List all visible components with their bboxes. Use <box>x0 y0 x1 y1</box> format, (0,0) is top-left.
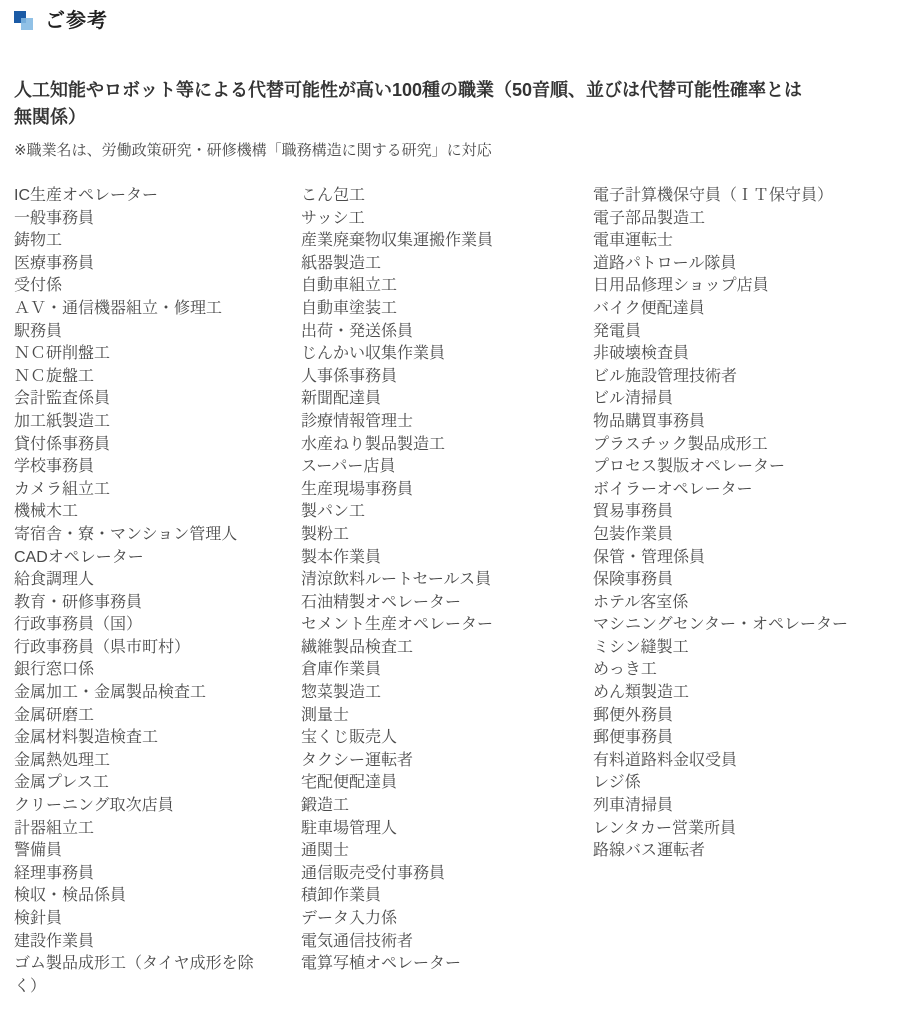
occupation-item: 診療情報管理士 <box>301 411 593 434</box>
occupation-item: CADオペレーター <box>14 547 267 570</box>
occupation-item: 保管・管理係員 <box>593 547 899 570</box>
occupation-item: 路線バス運転者 <box>593 840 899 863</box>
occupation-item: 検収・検品係員 <box>14 885 267 908</box>
occupation-item: 人事係事務員 <box>301 366 593 389</box>
occupation-item: 金属加工・金属製品検査工 <box>14 682 267 705</box>
occupation-item: プラスチック製品成形工 <box>593 434 899 457</box>
occupation-item: 行政事務員（国） <box>14 614 267 637</box>
occupation-item: 計器組立工 <box>14 818 267 841</box>
occupation-item: 郵便外務員 <box>593 705 899 728</box>
light-blue-square-icon <box>21 18 33 30</box>
occupation-item: バイク便配達員 <box>593 298 899 321</box>
occupation-item: 産業廃棄物収集運搬作業員 <box>301 230 593 253</box>
occupation-item: ホテル客室係 <box>593 592 899 615</box>
occupation-item: こん包工 <box>301 185 593 208</box>
occupation-item: 水産ねり製品製造工 <box>301 434 593 457</box>
occupation-item: 鋳物工 <box>14 230 267 253</box>
occupation-item: 非破壊検査員 <box>593 343 899 366</box>
occupation-item: 貿易事務員 <box>593 501 899 524</box>
document-note: ※職業名は、労働政策研究・研修機構「職務構造に関する研究」に対応 <box>14 141 892 161</box>
occupation-item: ＡＶ・通信機器組立・修理工 <box>14 298 267 321</box>
occupation-item: 警備員 <box>14 840 267 863</box>
occupation-item: 日用品修理ショップ店員 <box>593 275 899 298</box>
occupation-item: クリーニング取次店員 <box>14 795 267 818</box>
occupation-item: 発電員 <box>593 321 899 344</box>
occupation-item: ビル清掃員 <box>593 388 899 411</box>
occupation-item: 受付係 <box>14 275 267 298</box>
occupation-item: 金属プレス工 <box>14 772 267 795</box>
occupation-item: 一般事務員 <box>14 208 267 231</box>
occupation-item: 有料道路料金収受員 <box>593 750 899 773</box>
occupation-item: 給食調理人 <box>14 569 267 592</box>
occupation-item: スーパー店員 <box>301 456 593 479</box>
occupation-item: ＮＣ旋盤工 <box>14 366 267 389</box>
occupation-item: 電算写植オペレーター <box>301 953 593 976</box>
occupation-item: 建設作業員 <box>14 931 267 954</box>
occupation-item: 駐車場管理人 <box>301 818 593 841</box>
occupation-item: 自動車塗装工 <box>301 298 593 321</box>
occupation-item: 電車運転士 <box>593 230 899 253</box>
reference-page: ご参考 人工知能やロボット等による代替可能性が高い100種の職業（50音順、並び… <box>0 0 906 1024</box>
occupation-item: プロセス製版オペレーター <box>593 456 899 479</box>
occupation-item: ゴム製品成形工（タイヤ成形を除く） <box>14 953 267 998</box>
occupation-item: 通信販売受付事務員 <box>301 863 593 886</box>
occupation-item: 金属熱処理工 <box>14 750 267 773</box>
occupation-item: 経理事務員 <box>14 863 267 886</box>
occupation-item: 銀行窓口係 <box>14 659 267 682</box>
occupation-item: 貸付係事務員 <box>14 434 267 457</box>
occupation-item: 郵便事務員 <box>593 727 899 750</box>
occupation-item: サッシ工 <box>301 208 593 231</box>
occupation-item: ビル施設管理技術者 <box>593 366 899 389</box>
occupation-item: IC生産オペレーター <box>14 185 267 208</box>
occupation-item: 測量士 <box>301 705 593 728</box>
occupation-item: 教育・研修事務員 <box>14 592 267 615</box>
occupation-item: レジ係 <box>593 772 899 795</box>
occupation-item: 製本作業員 <box>301 547 593 570</box>
occupation-item: 製パン工 <box>301 501 593 524</box>
section-marker-icon <box>13 9 39 35</box>
occupation-item: ＮＣ研削盤工 <box>14 343 267 366</box>
occupation-item: じんかい収集作業員 <box>301 343 593 366</box>
occupation-item: 駅務員 <box>14 321 267 344</box>
occupation-item: 倉庫作業員 <box>301 659 593 682</box>
occupation-item: 保険事務員 <box>593 569 899 592</box>
occupation-item: 惣菜製造工 <box>301 682 593 705</box>
occupation-item: 列車清掃員 <box>593 795 899 818</box>
occupation-item: 包装作業員 <box>593 524 899 547</box>
occupation-item: 医療事務員 <box>14 253 267 276</box>
occupation-item: 繊維製品検査工 <box>301 637 593 660</box>
occupation-item: 行政事務員（県市町村） <box>14 637 267 660</box>
occupation-item: 電気通信技術者 <box>301 931 593 954</box>
occupation-item: データ入力係 <box>301 908 593 931</box>
occupation-item: 宝くじ販売人 <box>301 727 593 750</box>
occupation-item: 寄宿舎・寮・マンション管理人 <box>14 524 267 547</box>
occupation-item: 学校事務員 <box>14 456 267 479</box>
occupation-item: 検針員 <box>14 908 267 931</box>
occupation-item: 加工紙製造工 <box>14 411 267 434</box>
occupation-item: 鍛造工 <box>301 795 593 818</box>
occupation-item: 新聞配達員 <box>301 388 593 411</box>
occupation-column-2: こん包工サッシ工産業廃棄物収集運搬作業員紙器製造工自動車組立工自動車塗装工出荷・… <box>301 185 593 976</box>
occupation-item: 金属材料製造検査工 <box>14 727 267 750</box>
occupation-item: 生産現場事務員 <box>301 479 593 502</box>
document-title: 人工知能やロボット等による代替可能性が高い100種の職業（50音順、並びは代替可… <box>14 77 816 131</box>
section-header: ご参考 <box>0 0 906 35</box>
occupation-item: 積卸作業員 <box>301 885 593 908</box>
occupation-item: 物品購買事務員 <box>593 411 899 434</box>
occupation-item: カメラ組立工 <box>14 479 267 502</box>
occupation-item: 清涼飲料ルートセールス員 <box>301 569 593 592</box>
occupation-list: IC生産オペレーター一般事務員鋳物工医療事務員受付係ＡＶ・通信機器組立・修理工駅… <box>14 185 906 998</box>
occupation-item: レンタカー営業所員 <box>593 818 899 841</box>
occupation-item: めん類製造工 <box>593 682 899 705</box>
occupation-column-1: IC生産オペレーター一般事務員鋳物工医療事務員受付係ＡＶ・通信機器組立・修理工駅… <box>14 185 301 998</box>
occupation-item: マシニングセンター・オペレーター <box>593 614 899 637</box>
occupation-column-3: 電子計算機保守員（ＩＴ保守員）電子部品製造工電車運転士道路パトロール隊員日用品修… <box>593 185 899 863</box>
occupation-item: 宅配便配達員 <box>301 772 593 795</box>
occupation-item: 道路パトロール隊員 <box>593 253 899 276</box>
occupation-item: 機械木工 <box>14 501 267 524</box>
occupation-item: 電子部品製造工 <box>593 208 899 231</box>
occupation-item: 出荷・発送係員 <box>301 321 593 344</box>
occupation-item: めっき工 <box>593 659 899 682</box>
occupation-item: ボイラーオペレーター <box>593 479 899 502</box>
occupation-item: 石油精製オペレーター <box>301 592 593 615</box>
occupation-item: 金属研磨工 <box>14 705 267 728</box>
occupation-item: 電子計算機保守員（ＩＴ保守員） <box>593 185 899 208</box>
occupation-item: 紙器製造工 <box>301 253 593 276</box>
occupation-item: 製粉工 <box>301 524 593 547</box>
occupation-item: タクシー運転者 <box>301 750 593 773</box>
section-title: ご参考 <box>45 9 108 33</box>
occupation-item: ミシン縫製工 <box>593 637 899 660</box>
occupation-item: 自動車組立工 <box>301 275 593 298</box>
occupation-item: セメント生産オペレーター <box>301 614 593 637</box>
occupation-item: 通関士 <box>301 840 593 863</box>
occupation-item: 会計監査係員 <box>14 388 267 411</box>
